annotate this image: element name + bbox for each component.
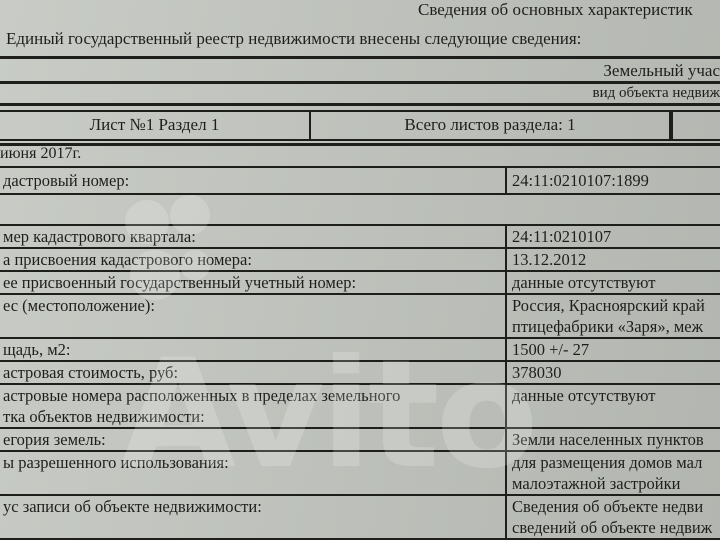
value-line: данные отсутствуют (512, 272, 720, 293)
row-value: для размещения домов малмалоэтажной заст… (506, 451, 720, 495)
value-line: для размещения домов мал (512, 452, 720, 473)
extract-date: июня 2017г. (0, 145, 81, 163)
value-line: 13.12.2012 (512, 249, 720, 270)
object-type-caption: вид объекта недвиж (593, 85, 720, 102)
value-line: Сведения об объекте недви (512, 496, 720, 517)
value-line (512, 406, 720, 427)
row-label: егория земель: (0, 428, 506, 451)
row-value: 1500 +/- 27 (506, 338, 720, 361)
table-row: мер кадастрового квартала:24:11:0210107 (0, 225, 720, 248)
table-row: дастровый номер: 24:11:0210107:1899 (0, 167, 720, 194)
row-label: астровая стоимость, руб: (0, 361, 506, 384)
row-label: ус записи об объекте недвижимости: (0, 495, 506, 539)
divider (0, 81, 720, 84)
row-value: 13.12.2012 (506, 248, 720, 271)
row-label: ы разрешенного использования: (0, 451, 506, 495)
row-value: Россия, Красноярский крайптицефабрики «З… (506, 294, 720, 338)
value-line: 378030 (512, 362, 720, 383)
row-value: Сведения об объекте недвисведений об объ… (506, 495, 720, 539)
row-value: данные отсутствуют (506, 384, 720, 428)
sheet-number-cell: Лист №1 Раздел 1 (0, 110, 311, 141)
row-label: щадь, м2: (0, 338, 506, 361)
table-row: щадь, м2:1500 +/- 27 (0, 338, 720, 361)
value-line: Земли населенных пунктов (512, 429, 720, 450)
document-title: Сведения об основных характеристик (418, 0, 693, 20)
value-line: данные отсутствуют (512, 385, 720, 406)
row-label: ее присвоенный государственный учетный н… (0, 271, 506, 294)
sheet-number: Лист №1 Раздел 1 (0, 112, 309, 138)
value-line: сведений об объекте недвиж (512, 517, 720, 538)
table-row: егория земель:Земли населенных пунктов (0, 428, 720, 451)
intro-text: Единый государственный реестр недвижимос… (6, 29, 581, 49)
row-value: 24:11:0210107 (506, 225, 720, 248)
divider (0, 103, 720, 106)
document-page: Сведения об основных характеристик Едины… (0, 0, 720, 540)
row-value: Земли населенных пунктов (506, 428, 720, 451)
characteristics-table: мер кадастрового квартала:24:11:0210107а… (0, 224, 720, 540)
value-line: малоэтажной застройки (512, 473, 720, 494)
row-label: дастровый номер: (0, 167, 506, 194)
cadastral-number-table: дастровый номер: 24:11:0210107:1899 (0, 166, 720, 195)
value-line: Россия, Красноярский край (512, 295, 720, 316)
row-value: данные отсутствуют (506, 271, 720, 294)
table-row: ус записи об объекте недвижимости:Сведен… (0, 495, 720, 539)
value-line: 1500 +/- 27 (512, 339, 720, 360)
row-label: астровые номера расположенных в пределах… (0, 384, 506, 428)
value-line: птицефабрики «Заря», меж (512, 316, 720, 337)
row-value: 378030 (506, 361, 720, 384)
divider (0, 143, 720, 146)
table-row: астровые номера расположенных в пределах… (0, 384, 720, 428)
divider (0, 56, 720, 59)
table-row: ее присвоенный государственный учетный н… (0, 271, 720, 294)
total-sheets: Всего листов раздела: 1 (311, 112, 669, 138)
row-label: мер кадастрового квартала: (0, 225, 506, 248)
empty-cell (671, 110, 720, 141)
value-line: 24:11:0210107 (512, 226, 720, 247)
table-row: а присвоения кадастрового номера:13.12.2… (0, 248, 720, 271)
sheet-info-row: Лист №1 Раздел 1 Всего листов раздела: 1 (0, 110, 720, 139)
table-row: ы разрешенного использования:для размеще… (0, 451, 720, 495)
row-value: 24:11:0210107:1899 (506, 167, 720, 194)
row-label: а присвоения кадастрового номера: (0, 248, 506, 271)
object-type: Земельный учас (603, 61, 720, 81)
table-row: астровая стоимость, руб:378030 (0, 361, 720, 384)
row-label: ес (местоположение): (0, 294, 506, 338)
total-sheets-cell: Всего листов раздела: 1 (309, 110, 671, 141)
table-row: ес (местоположение):Россия, Красноярский… (0, 294, 720, 338)
